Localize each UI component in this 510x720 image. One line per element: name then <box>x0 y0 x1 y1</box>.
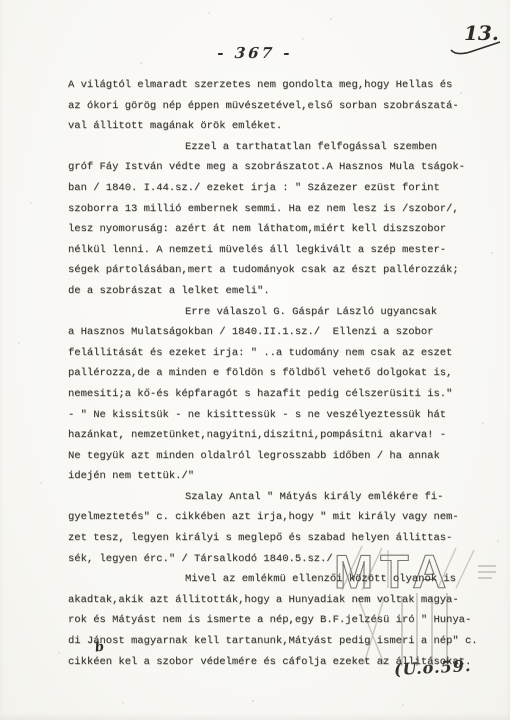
text-line: Erre válaszol G. Gáspár László ugyancsak <box>68 302 488 323</box>
page-number: - 367 - <box>199 44 311 62</box>
text-line: ségek pártolásában,mert a tudományok csa… <box>68 260 488 281</box>
text-line: Szalay Antal " Mátyás király emlékére fi… <box>68 487 488 508</box>
text-line: A világtól elmaradt szerzetes nem gondol… <box>68 75 488 96</box>
document-page: MTA 13. - 367 - A világtól elmaradt szer… <box>0 0 510 720</box>
text-line: Mivel az emlékmü ellenzői között olyanok… <box>68 569 488 590</box>
text-line: zet tesz, legyen királyi s meglepő és sz… <box>68 528 488 549</box>
text-line: de a szobrászat a lelket emeli". <box>68 281 488 302</box>
handwritten-citation: (U.o.59. <box>394 656 472 679</box>
typewritten-text: A világtól elmaradt szerzetes nem gondol… <box>68 75 488 672</box>
text-line: felállitását és ezeket irja: " ..a tudom… <box>68 343 488 364</box>
text-line: hazánkat, nemzetünket,nagyitni,diszitni,… <box>68 425 488 446</box>
text-line: Ezzel a tarthatatlan felfogással szemben <box>68 137 488 158</box>
text-line: Ne tegyük azt minden oldalról legrosszab… <box>68 446 488 467</box>
text-line: di Jánost magyarnak kell tartanunk,Mátyá… <box>68 631 488 652</box>
text-line: val állitott magának örök emléket. <box>68 116 488 137</box>
handwritten-page-index: 13. <box>448 14 508 58</box>
text-line: gyelmeztetés" c. cikkében azt irja,hogy … <box>68 507 488 528</box>
text-line: a Hasznos Mulatságokban / 1840.II.1.sz./… <box>68 322 488 343</box>
corner-number-text: 13. <box>464 21 499 45</box>
text-line: pallérozza,de a minden e földön s földbő… <box>68 363 488 384</box>
text-line: gróf Fáy István védte meg a szobrászatot… <box>68 157 488 178</box>
text-line: - " Ne kissitsük - ne kisittessük - s ne… <box>68 405 488 426</box>
scan-noise <box>0 0 2 2</box>
text-line: sék, legyen érc." / Társalkodó 1840.5.sz… <box>68 549 488 570</box>
text-line: ban / 1840. I.44.sz./ ezeket irja : " Sz… <box>68 178 488 199</box>
text-line: rok és Mátyást nem is ismerte a nép,egy … <box>68 610 488 631</box>
text-line: lesz nyomoruság: azért át nem láthatom,m… <box>68 219 488 240</box>
text-line: akadtak,akik azt állitották,hogy a Hunya… <box>68 590 488 611</box>
handwritten-correction-b: b <box>94 639 105 655</box>
text-line: nélkül lenni. A nemzeti müvelés áll legk… <box>68 240 488 261</box>
text-line: nemesiti;a kő-és képfaragót s hazafit pe… <box>68 384 488 405</box>
text-line: idején nem tettük./" <box>68 466 488 487</box>
text-line: szoborra 13 millió embernek semmi. Ha ez… <box>68 199 488 220</box>
text-line: az ókori görög nép éppen müvészetével,el… <box>68 96 488 117</box>
